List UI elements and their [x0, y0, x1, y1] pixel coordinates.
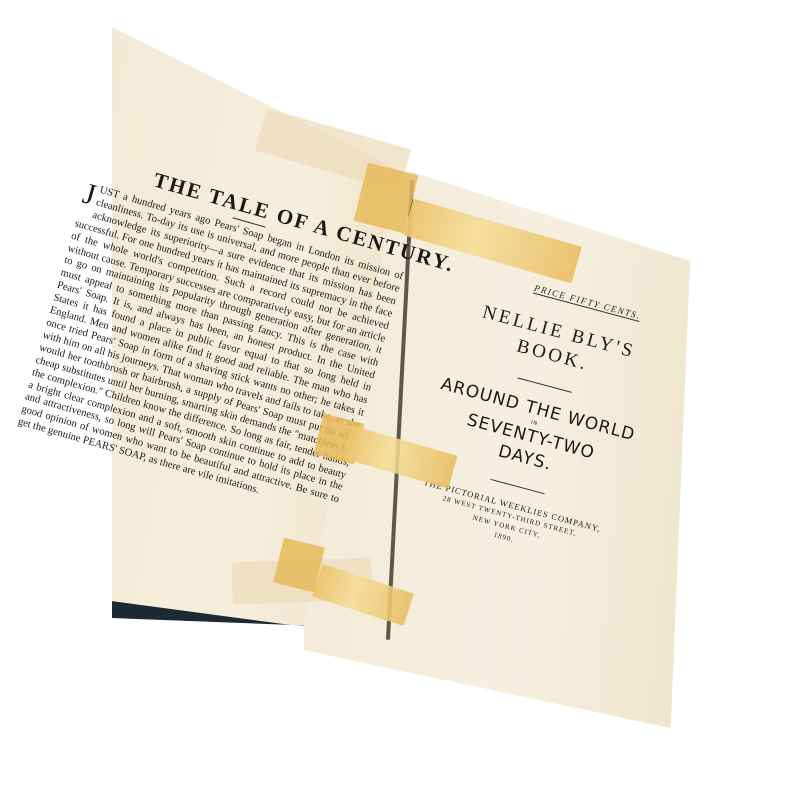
- title-rule-1: [517, 377, 571, 392]
- book-subtitle: AROUND THE WORLD IN SEVENTY-TWO DAYS.: [421, 372, 642, 496]
- title-rule-2: [490, 479, 544, 494]
- book-photo: THE TALE OF A CENTURY. J UST a hundred y…: [0, 0, 800, 800]
